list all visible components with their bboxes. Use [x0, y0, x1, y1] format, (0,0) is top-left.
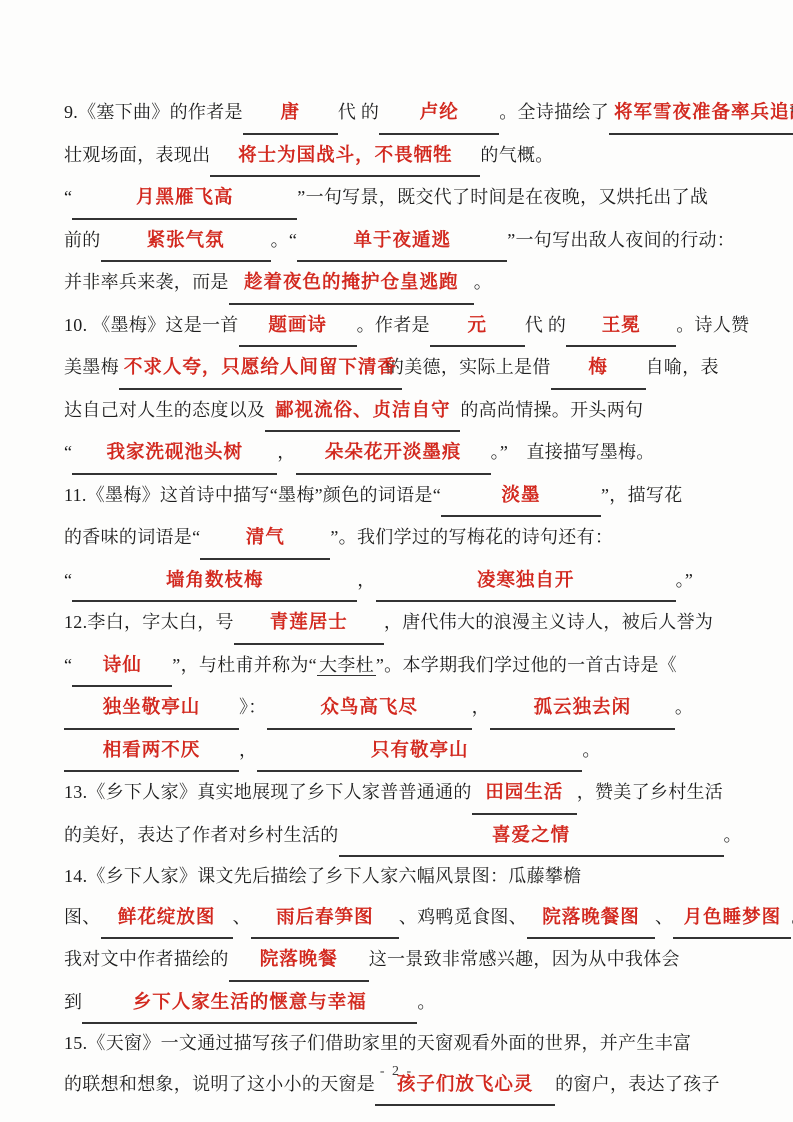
body-text: 14.《乡下人家》课文先后描绘了乡下人家六幅风景图：瓜藤攀檐	[64, 866, 582, 886]
body-text: 。	[724, 825, 742, 845]
answer-blank: 墙角数枝梅	[72, 560, 357, 603]
answer-blank: 喜爱之情	[339, 815, 724, 858]
answer-text: 鄙视流俗、贞洁自守	[275, 399, 451, 420]
answer-blank: 只有敬亭山	[257, 730, 582, 773]
answer-text: 乡下人家生活的惬意与幸福	[133, 991, 367, 1012]
body-text: ”一句写景，既交代了时间是在夜晚，又烘托出了战	[297, 187, 708, 207]
answer-blank: 诗仙	[72, 645, 172, 688]
body-text: 9.《塞下曲》的作者是	[64, 102, 243, 122]
answer-blank: 单于夜遁逃	[297, 220, 507, 263]
text-line: 图、鲜花绽放图、雨后春笋图、鸡鸭觅食图、院落晚餐图、月色睡梦图。	[64, 897, 751, 940]
answer-blank: 众鸟高飞尽	[267, 687, 472, 730]
answer-blank: 梅	[551, 347, 646, 390]
body-text: 、鸡鸭觅食图、	[399, 907, 527, 927]
body-text: 的美好，表达了作者对乡村生活的	[64, 825, 339, 845]
answer-blank: 王冕	[566, 305, 676, 348]
text-line: 达自己对人生的态度以及鄙视流俗、贞洁自守的高尚情操。开头两句	[64, 390, 751, 433]
answer-blank: 青莲居士	[234, 602, 384, 645]
answer-text: 相看两不厌	[103, 739, 201, 760]
body-text: 的香味的词语是“	[64, 527, 200, 547]
body-text: 》：	[239, 697, 267, 717]
worksheet-page: 9.《塞下曲》的作者是唐代 的卢纶。全诗描绘了将军雪夜准备率兵追敌的壮观场面，表…	[0, 0, 793, 1122]
answer-text: 墙角数枝梅	[166, 569, 264, 590]
answer-text: 诗仙	[103, 654, 142, 675]
answer-text: 将军雪夜准备率兵追敌	[614, 101, 793, 122]
answer-text: 将士为国战斗，不畏牺牲	[238, 144, 453, 165]
answer-text: 青莲居士	[270, 611, 348, 632]
body-text: 10. 《墨梅》这是一首	[64, 315, 239, 335]
answer-blank: 院落晚餐	[229, 939, 369, 982]
text-line: “我家洗砚池头树，朵朵花开淡墨痕。” 直接描写墨梅。	[64, 432, 751, 475]
body-text: ”。我们学过的写梅花的诗句还有：	[330, 527, 613, 547]
answer-blank: 将军雪夜准备率兵追敌	[609, 92, 793, 135]
body-text: 前的	[64, 230, 101, 250]
body-text: 美墨梅	[64, 357, 119, 377]
body-text: 。全诗描绘了	[499, 102, 609, 122]
answer-text: 清气	[246, 526, 285, 547]
answer-text: 月色睡梦图	[684, 906, 782, 927]
body-text: “	[64, 655, 72, 675]
text-line: 美墨梅不求人夸，只愿给人间留下清香的美德，实际上是借梅自喻，表	[64, 347, 751, 390]
body-text: 自喻，表	[646, 357, 719, 377]
answer-blank: 乡下人家生活的惬意与幸福	[82, 982, 417, 1025]
answer-blank: 我家洗砚池头树	[72, 432, 277, 475]
answer-text: 院落晚餐图	[542, 906, 640, 927]
answer-text: 题画诗	[268, 314, 327, 335]
answer-blank: 鲜花绽放图	[101, 897, 233, 940]
text-line: 14.《乡下人家》课文先后描绘了乡下人家六幅风景图：瓜藤攀檐	[64, 857, 751, 897]
body-text: 的气概。	[480, 145, 553, 165]
answer-text: 趁着夜色的掩护仓皇逃跑	[244, 271, 459, 292]
body-text: 15.《天窗》一文通过描写孩子们借助家里的天窗观看外面的世界，并产生丰富	[64, 1033, 691, 1053]
answer-text: 孤云独去闲	[534, 696, 632, 717]
body-text: 。” 直接描写墨梅。	[491, 442, 655, 462]
body-text: 到	[64, 992, 82, 1012]
answer-text: 众鸟高飞尽	[320, 696, 418, 717]
text-line: 10. 《墨梅》这是一首题画诗。作者是元代 的王冕。诗人赞	[64, 305, 751, 348]
answer-text: 卢纶	[420, 101, 459, 122]
answer-text: 田园生活	[485, 781, 563, 802]
answer-blank: 孩子们放飞心灵	[375, 1064, 555, 1107]
text-line: 13.《乡下人家》真实地展现了乡下人家普普通通的田园生活，赞美了乡村生活	[64, 772, 751, 815]
answer-text: 孩子们放飞心灵	[397, 1073, 534, 1094]
body-text: 。”	[676, 570, 694, 590]
body-text: ”一句写出敌人夜间的行动：	[507, 230, 735, 250]
text-line: 相看两不厌，只有敬亭山。	[64, 730, 751, 773]
body-text: 、	[233, 907, 251, 927]
text-line: 前的紧张气氛。“单于夜遁逃”一句写出敌人夜间的行动：	[64, 220, 751, 263]
body-text: 、	[655, 907, 673, 927]
text-line: 11.《墨梅》这首诗中描写“墨梅”颜色的词语是“淡墨”，描写花	[64, 475, 751, 518]
body-text: 13.《乡下人家》真实地展现了乡下人家普普通通的	[64, 782, 472, 802]
body-text: ，	[357, 570, 375, 590]
answer-text: 只有敬亭山	[371, 739, 469, 760]
text-line: 15.《天窗》一文通过描写孩子们借助家里的天窗观看外面的世界，并产生丰富	[64, 1024, 751, 1064]
answer-blank: 鄙视流俗、贞洁自守	[265, 390, 460, 433]
answer-text: 朵朵花开淡墨痕	[325, 441, 462, 462]
answer-text: 我家洗砚池头树	[107, 441, 244, 462]
answer-blank: 月黑雁飞高	[72, 177, 297, 220]
body-text: 。作者是	[357, 315, 430, 335]
answer-blank: 孤云独去闲	[490, 687, 675, 730]
body-text: ，唐代伟大的浪漫主义诗人，被后人誉为	[384, 612, 713, 632]
answer-blank: 不求人夸，只愿给人间留下清香	[119, 347, 402, 390]
answer-blank: 院落晚餐图	[527, 897, 655, 940]
answer-blank: 题画诗	[239, 305, 357, 348]
answer-text: 院落晚餐	[260, 948, 338, 969]
text-line: 壮观场面，表现出将士为国战斗，不畏牺牲的气概。	[64, 135, 751, 178]
text-line: 独坐敬亭山》：众鸟高飞尽，孤云独去闲。	[64, 687, 751, 730]
body-text: “	[64, 570, 72, 590]
text-line: 并非率兵来袭，而是趁着夜色的掩护仓皇逃跑。	[64, 262, 751, 305]
underlined-term: 大李杜	[317, 655, 376, 676]
answer-text: 喜爱之情	[492, 824, 570, 845]
body-text: 。	[474, 272, 492, 292]
body-text: ”，描写花	[601, 485, 683, 505]
document-body: 9.《塞下曲》的作者是唐代 的卢纶。全诗描绘了将军雪夜准备率兵追敌的壮观场面，表…	[0, 0, 793, 1106]
body-text: 的高尚情操。开头两句	[460, 400, 643, 420]
answer-text: 唐	[281, 101, 301, 122]
body-text: 壮观场面，表现出	[64, 145, 210, 165]
body-text: “	[64, 442, 72, 462]
answer-blank: 田园生活	[472, 772, 577, 815]
answer-text: 紧张气氛	[147, 229, 225, 250]
text-line: 的香味的词语是“清气”。我们学过的写梅花的诗句还有：	[64, 517, 751, 560]
body-text: “	[64, 187, 72, 207]
answer-text: 梅	[588, 356, 608, 377]
text-line: 到乡下人家生活的惬意与幸福。	[64, 982, 751, 1025]
body-text: ，	[239, 740, 257, 760]
body-text: 的美德，实际上是借	[386, 357, 551, 377]
body-text: 我对文中作者描绘的	[64, 949, 229, 969]
text-line: 我对文中作者描绘的院落晚餐这一景致非常感兴趣，因为从中我体会	[64, 939, 751, 982]
answer-blank: 朵朵花开淡墨痕	[296, 432, 491, 475]
answer-text: 不求人夸，只愿给人间留下清香	[124, 356, 397, 377]
answer-blank: 紧张气氛	[101, 220, 271, 263]
text-line: “墙角数枝梅，凌寒独自开。”	[64, 560, 751, 603]
answer-text: 独坐敬亭山	[103, 696, 201, 717]
body-text: 图、	[64, 907, 101, 927]
body-text: 12.李白，字太白，号	[64, 612, 234, 632]
answer-text: 单于夜遁逃	[353, 229, 451, 250]
body-text: 11.《墨梅》这首诗中描写“墨梅”颜色的词语是“	[64, 485, 441, 505]
body-text: 。诗人赞	[676, 315, 749, 335]
body-text: ”，与杜甫并称为“	[172, 655, 317, 675]
answer-text: 雨后春笋图	[276, 906, 374, 927]
answer-blank: 雨后春笋图	[251, 897, 399, 940]
body-text: 代 的	[338, 102, 379, 122]
text-line: “月黑雁飞高”一句写景，既交代了时间是在夜晚，又烘托出了战	[64, 177, 751, 220]
answer-text: 元	[468, 314, 488, 335]
answer-blank: 月色睡梦图	[673, 897, 791, 940]
answer-text: 凌寒独自开	[477, 569, 575, 590]
body-text: 代 的	[525, 315, 566, 335]
body-text: 这一景致非常感兴趣，因为从中我体会	[369, 949, 680, 969]
answer-blank: 趁着夜色的掩护仓皇逃跑	[229, 262, 474, 305]
answer-text: 月黑雁飞高	[136, 186, 234, 207]
answer-text: 王冕	[602, 314, 641, 335]
body-text: 。	[417, 992, 435, 1012]
body-text: 。	[675, 697, 693, 717]
answer-blank: 相看两不厌	[64, 730, 239, 773]
answer-blank: 清气	[200, 517, 330, 560]
answer-text: 鲜花绽放图	[118, 906, 216, 927]
body-text: ，赞美了乡村生活	[577, 782, 723, 802]
text-line: 9.《塞下曲》的作者是唐代 的卢纶。全诗描绘了将军雪夜准备率兵追敌的	[64, 92, 751, 135]
answer-blank: 独坐敬亭山	[64, 687, 239, 730]
body-text: 并非率兵来袭，而是	[64, 272, 229, 292]
answer-blank: 凌寒独自开	[376, 560, 676, 603]
answer-blank: 元	[430, 305, 525, 348]
body-text: 达自己对人生的态度以及	[64, 400, 265, 420]
answer-blank: 淡墨	[441, 475, 601, 518]
text-line: “诗仙”，与杜甫并称为“大李杜”。本学期我们学过他的一首古诗是《	[64, 645, 751, 688]
text-line: 12.李白，字太白，号青莲居士，唐代伟大的浪漫主义诗人，被后人誉为	[64, 602, 751, 645]
answer-text: 淡墨	[501, 484, 540, 505]
text-line: 的美好，表达了作者对乡村生活的喜爱之情。	[64, 815, 751, 858]
answer-blank: 将士为国战斗，不畏牺牲	[210, 135, 480, 178]
body-text: ，	[277, 442, 295, 462]
body-text: 。	[582, 740, 600, 760]
answer-blank: 卢纶	[379, 92, 499, 135]
answer-blank: 唐	[243, 92, 338, 135]
body-text: ，	[472, 697, 490, 717]
body-text: 。“	[271, 230, 298, 250]
body-text: ”。本学期我们学过他的一首古诗是《	[376, 655, 677, 675]
